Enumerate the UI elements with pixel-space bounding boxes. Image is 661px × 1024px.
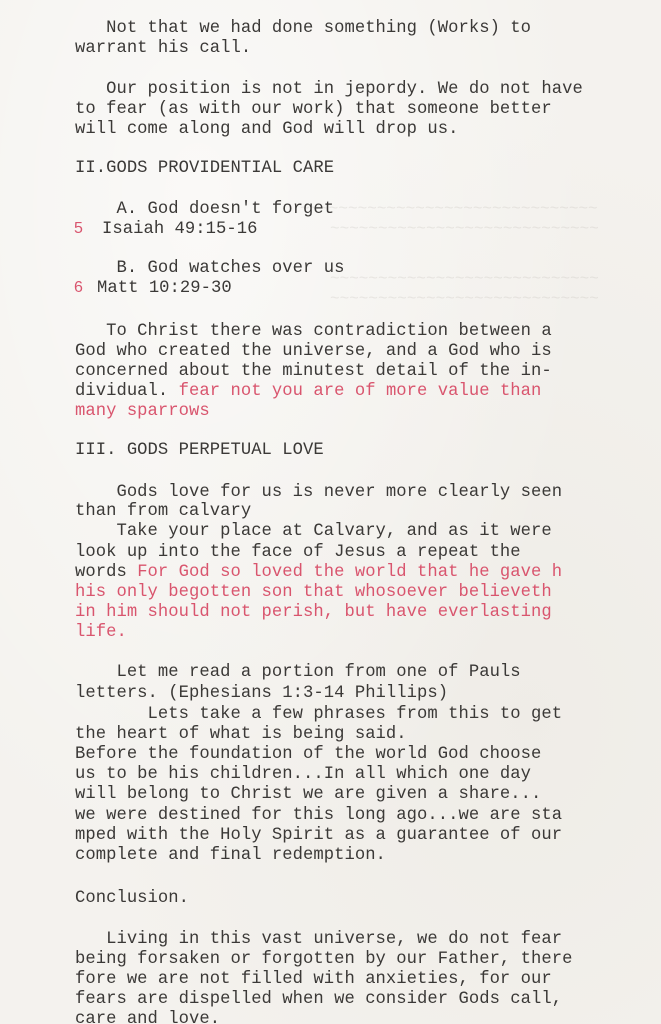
bleed-through-text: ~~~~~~~~~~~~~~~~~~~~~~~~~~~~ bbox=[330, 270, 599, 288]
paragraph-line: than from calvary bbox=[75, 502, 251, 522]
outline-point-a: A. God doesn't forget bbox=[75, 200, 334, 220]
typed-text: words bbox=[75, 563, 137, 582]
paragraph-line: fore we are not filled with anxieties, f… bbox=[75, 970, 552, 990]
paragraph-line: Gods love for us is never more clearly s… bbox=[75, 483, 562, 503]
bleed-through-text: ~~~~~~~~~~~~~~~~~~~~~~~~~~~~ bbox=[330, 220, 599, 238]
bleed-through-text: ~~~~~~~~~~~~~~~~~~~~~~~~~~~~ bbox=[330, 290, 599, 308]
section-heading: II.GODS PROVIDENTIAL CARE bbox=[75, 159, 334, 179]
paragraph-line: fears are dispelled when we consider God… bbox=[75, 990, 562, 1010]
paragraph-line: concerned about the minutest detail of t… bbox=[75, 362, 552, 382]
paragraph-line: God who created the universe, and a God … bbox=[75, 342, 552, 362]
paragraph-line: letters. (Ephesians 1:3-14 Phillips) bbox=[75, 684, 448, 704]
section-heading: III. GODS PERPETUAL LOVE bbox=[75, 441, 324, 461]
paragraph-line: will belong to Christ we are given a sha… bbox=[75, 785, 541, 805]
red-quote-line: his only begotten son that whosoever bel… bbox=[75, 583, 552, 603]
scripture-reference: Matt 10:29-30 bbox=[97, 279, 232, 299]
paragraph-line: Our position is not in jepordy. We do no… bbox=[75, 80, 583, 100]
paragraph-line: words For God so loved the world that he… bbox=[75, 563, 562, 583]
red-quote-line: life. bbox=[75, 623, 127, 643]
paragraph-line: Take your place at Calvary, and as it we… bbox=[75, 522, 552, 542]
reference-number: 5 bbox=[74, 220, 83, 238]
red-quote-line: in him should not perish, but have everl… bbox=[75, 603, 552, 623]
paragraph-line: Before the foundation of the world God c… bbox=[75, 745, 541, 765]
bleed-through-text: ~~~~~~~~~~~~~~~~~~~~~~~~~~~~~~~ bbox=[300, 200, 598, 218]
outline-point-b: B. God watches over us bbox=[75, 259, 344, 279]
paragraph-line: Living in this vast universe, we do not … bbox=[75, 930, 562, 950]
paragraph-line: Let me read a portion from one of Pauls bbox=[75, 663, 521, 683]
reference-number: 6 bbox=[74, 279, 83, 297]
paragraph-line: care and love. bbox=[75, 1010, 220, 1024]
paragraph-line: mped with the Holy Spirit as a guarantee… bbox=[75, 826, 562, 846]
typed-text: dividual. bbox=[75, 382, 179, 401]
paragraph-line: complete and final redemption. bbox=[75, 846, 386, 866]
paragraph-line: we were destined for this long ago...we … bbox=[75, 806, 562, 826]
paragraph-line: warrant his call. bbox=[75, 39, 251, 59]
scripture-reference: Isaiah 49:15-16 bbox=[102, 220, 257, 240]
paragraph-line: being forsaken or forgotten by our Fathe… bbox=[75, 950, 572, 970]
paragraph-line: To Christ there was contradiction betwee… bbox=[75, 322, 552, 342]
paragraph-line: Lets take a few phrases from this to get bbox=[75, 705, 562, 725]
paragraph-line: the heart of what is being said. bbox=[75, 725, 407, 745]
paragraph-line: will come along and God will drop us. bbox=[75, 120, 458, 140]
paragraph-line: dividual. fear not you are of more value… bbox=[75, 382, 541, 402]
section-heading: Conclusion. bbox=[75, 889, 189, 909]
paragraph-line: us to be his children...In all which one… bbox=[75, 765, 531, 785]
red-quote-text: fear not you are of more value than bbox=[179, 382, 542, 401]
paragraph-line: Not that we had done something (Works) t… bbox=[75, 19, 531, 39]
paragraph-line: to fear (as with our work) that someone … bbox=[75, 100, 552, 120]
red-quote-text: For God so loved the world that he gave … bbox=[137, 563, 562, 582]
typed-sermon-page: ~~~~~~~~~~~~~~~~~~~~~~~~~~~~~~~ ~~~~~~~~… bbox=[0, 0, 661, 1024]
paragraph-line: look up into the face of Jesus a repeat … bbox=[75, 543, 521, 563]
red-quote-line: many sparrows bbox=[75, 402, 210, 422]
